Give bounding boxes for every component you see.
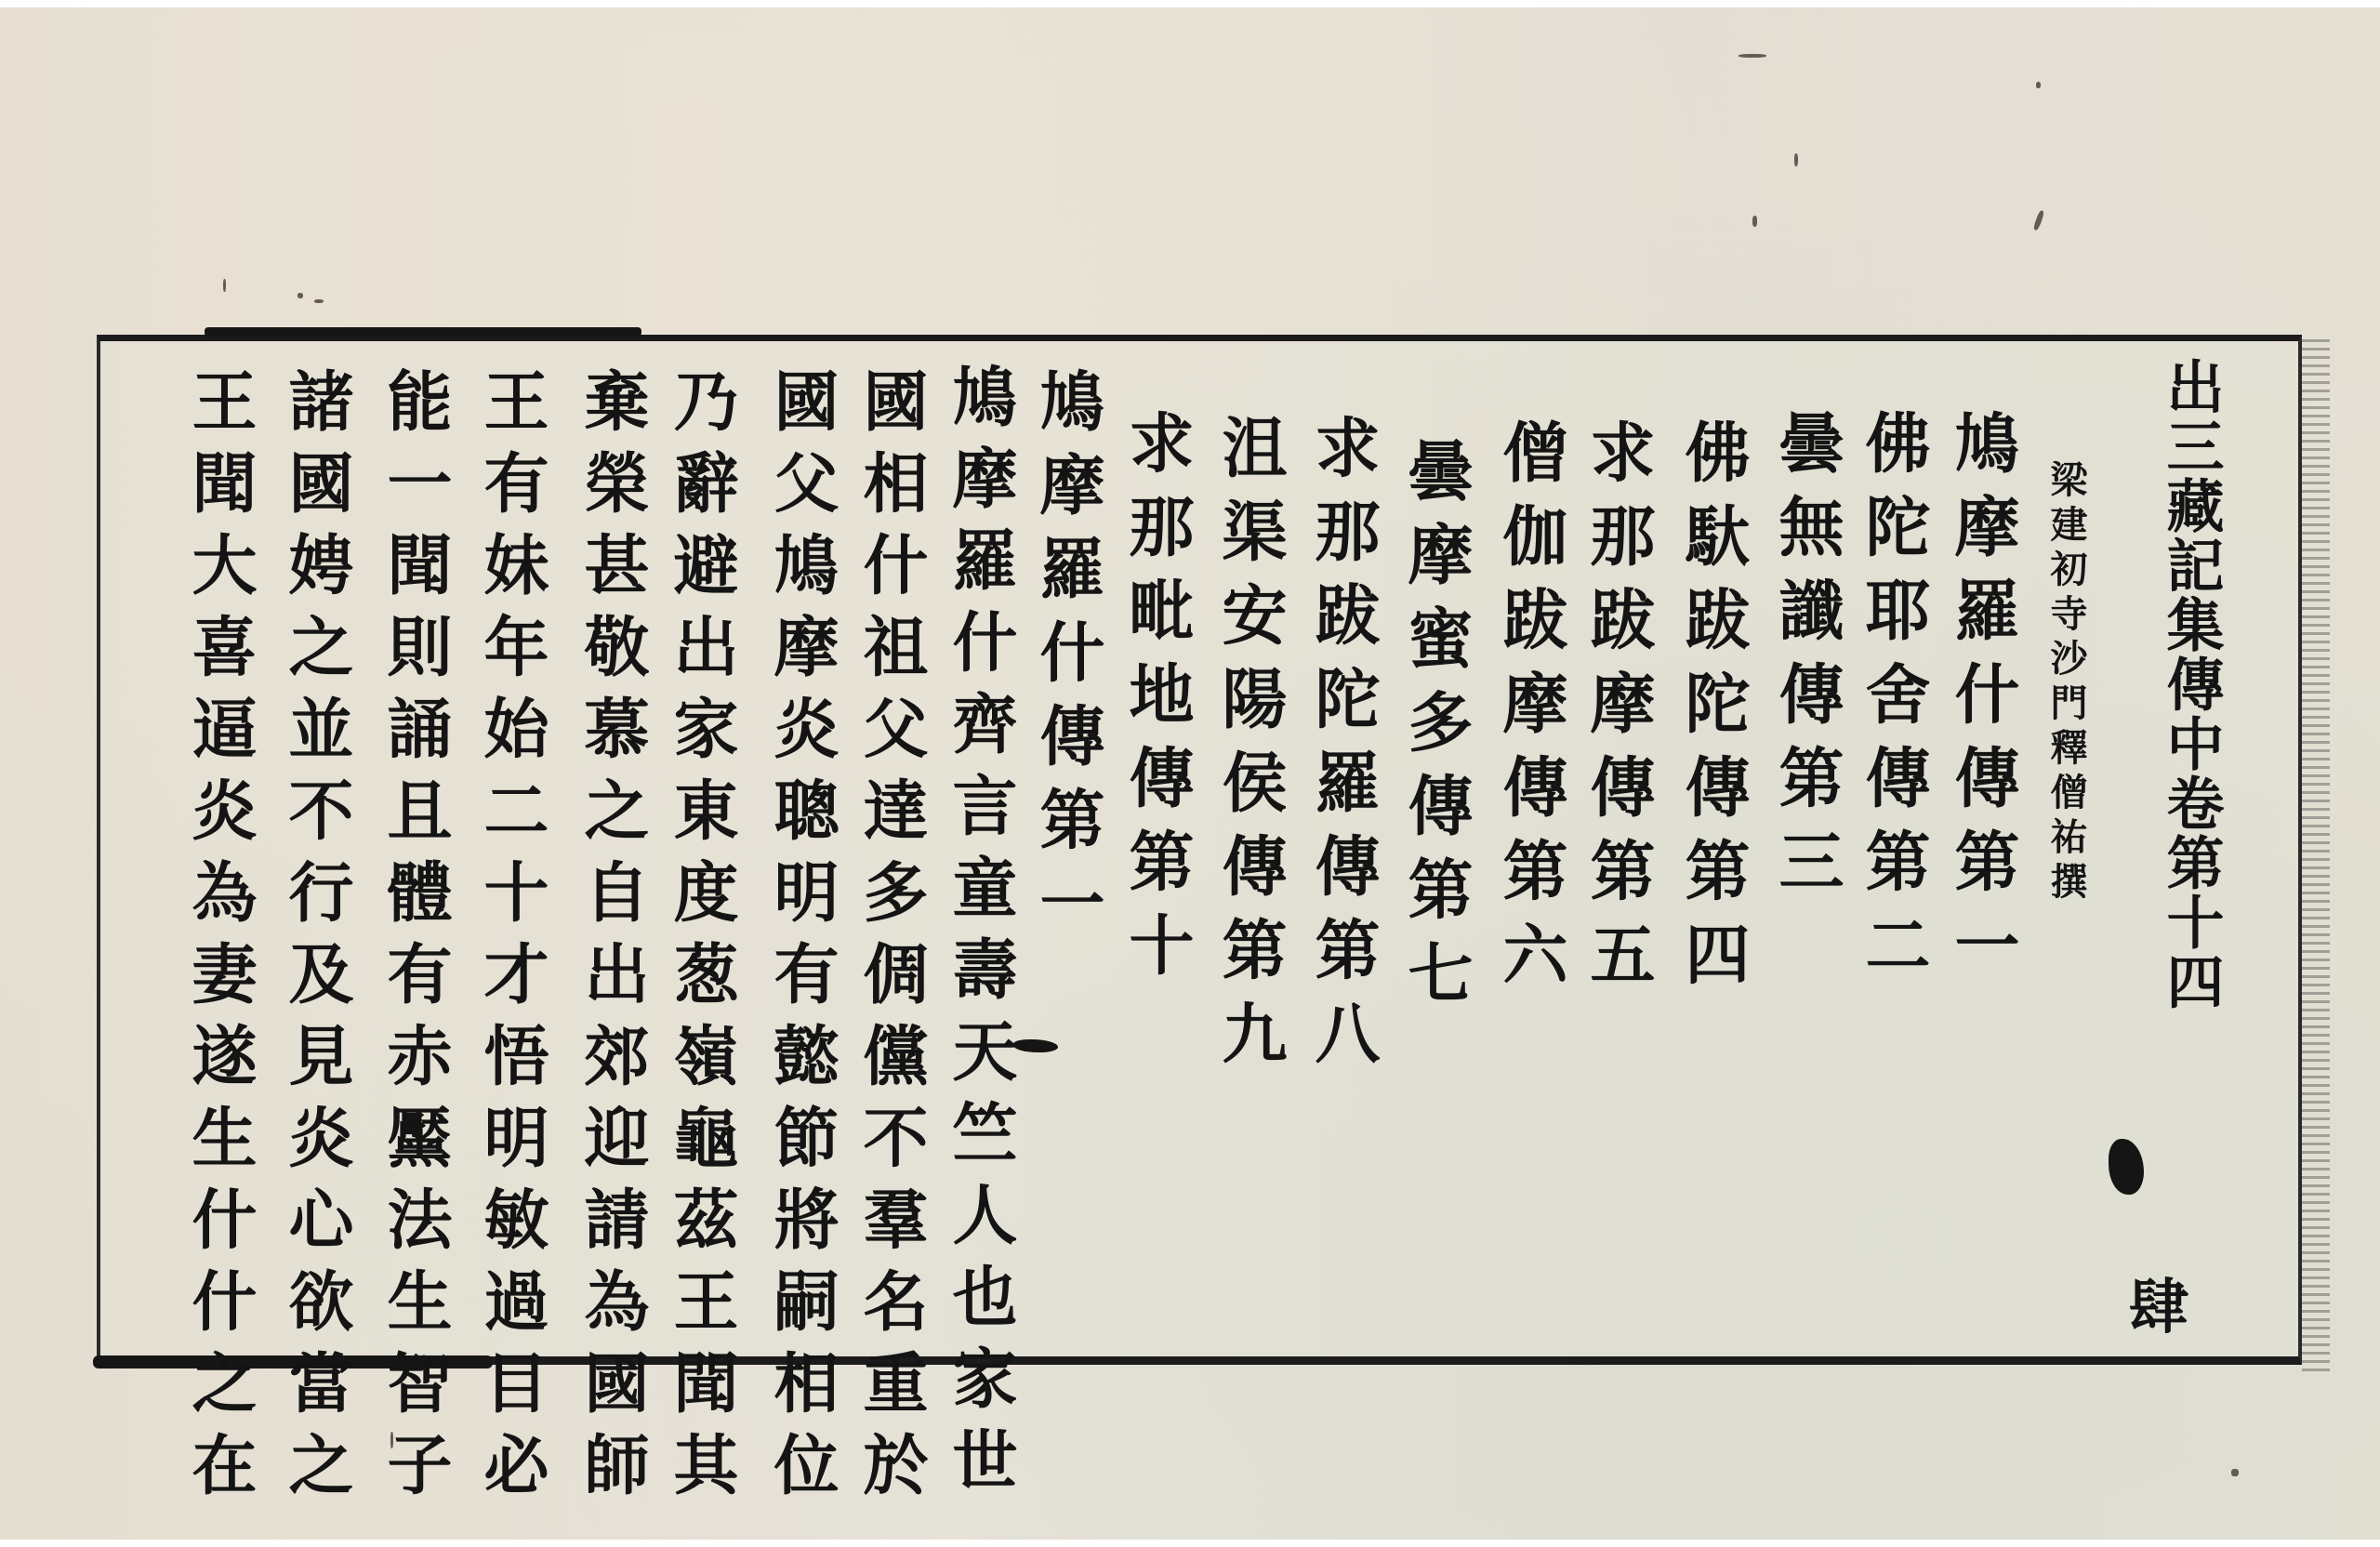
paper-fleck: [2231, 1469, 2239, 1476]
right-edge-ink-smudge: [2302, 339, 2330, 1371]
body-column-3: 國父鳩摩炎聰明有懿節將嗣相位: [755, 367, 849, 1513]
paper-fleck: [2036, 82, 2041, 88]
paper-fleck: [1794, 153, 1798, 166]
fascicle-title: 出三藏記集傳中卷第十四: [2149, 357, 2232, 1011]
toc-entry-2: 佛陀耶舍傳第二: [1846, 409, 1940, 995]
body-column-5: 棄榮甚敬慕之自出郊迎請為國師: [565, 367, 659, 1513]
paper-fleck: [1739, 54, 1766, 58]
paper-fleck: [314, 299, 324, 303]
paper-fleck: [297, 293, 303, 298]
body-column-7: 能一聞則誦且體有赤黶法生智子: [368, 367, 462, 1513]
toc-entry-3: 曇無讖傳第三: [1760, 409, 1854, 911]
toc-entry-8: 求那跋陀羅傳第八: [1296, 414, 1390, 1083]
body-column-4: 乃辭避出家東度葱嶺龜茲王聞其: [654, 367, 748, 1513]
toc-entry-1: 鳩摩羅什傳第一: [1936, 409, 2030, 995]
body-column-6: 王有妹年始二十才悟明敏過目必: [465, 367, 559, 1513]
toc-entry-4: 佛馱跋陀傳第四: [1666, 418, 1760, 1004]
folio-number: 肆: [2129, 1260, 2188, 1345]
toc-entry-6: 僧伽跋摩傳第六: [1484, 418, 1578, 1004]
body-column-1: 鳩摩羅什齊言童壽天竺人也家世: [933, 363, 1027, 1508]
frame-top-ink-heavy: [205, 327, 641, 337]
toc-entry-10: 求那毗地傳第十: [1110, 409, 1204, 995]
body-column-2: 國相什祖父達多倜儻不羣名重於: [844, 367, 938, 1513]
toc-entry-7: 曇摩蜜多傳第七: [1389, 437, 1483, 1023]
body-column-9: 王聞大喜逼炎為妻遂生什什之在: [173, 367, 267, 1513]
paper-fleck: [223, 279, 226, 292]
toc-entry-5: 求那跋摩傳第五: [1571, 418, 1665, 1004]
toc-entry-9: 沮渠安陽侯傳第九: [1203, 414, 1297, 1083]
section-heading: 鳩摩羅什傳第一: [1021, 367, 1115, 953]
body-column-8: 諸國娉之並不行及見炎心欲當之: [270, 367, 364, 1513]
paper-fleck: [1752, 216, 1757, 227]
author-line: 梁建初寺沙門釋僧祐撰: [2040, 460, 2093, 906]
